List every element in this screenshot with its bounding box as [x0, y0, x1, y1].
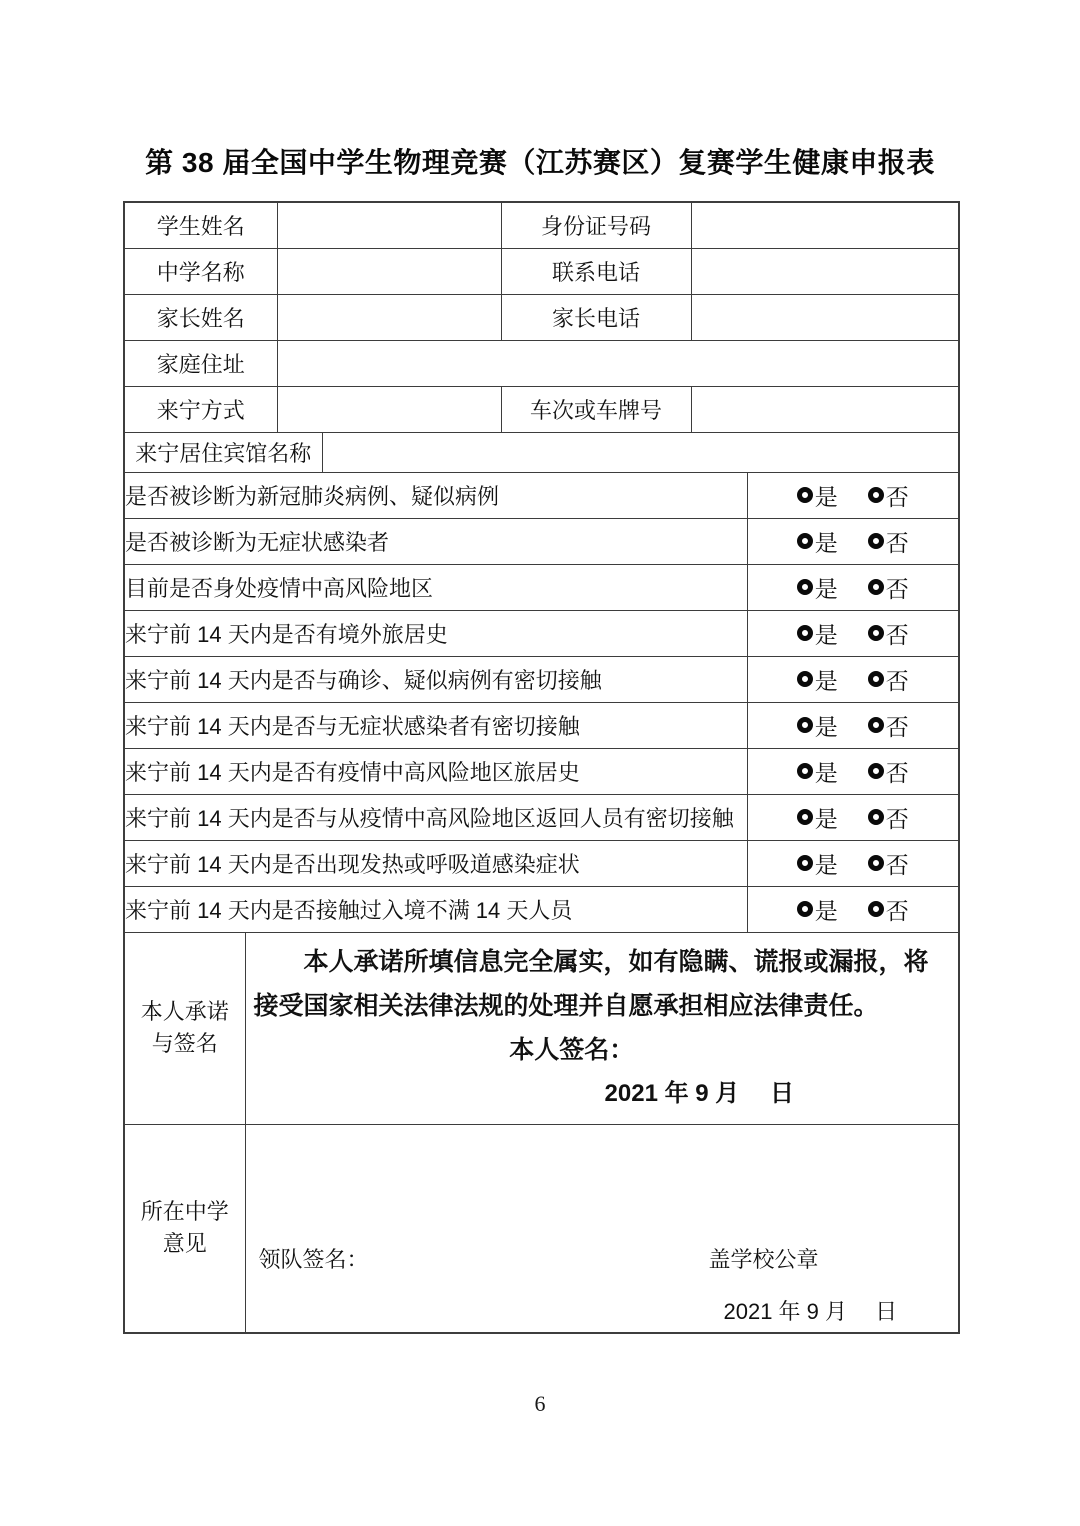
question-row: 来宁前 14 天内是否接触过入境不满 14 天人员 是 否 — [124, 886, 959, 932]
school-opinion-row: 所在中学 意见 领队签名： 盖学校公章 2021 年 9 月 日 — [124, 1124, 959, 1333]
field-label-student-name: 学生姓名 — [124, 202, 277, 248]
answer-cell: 是 否 — [747, 610, 959, 656]
question-text: 来宁前 14 天内是否与确诊、疑似病例有密切接触 — [124, 656, 747, 702]
question-text: 是否被诊断为新冠肺炎病例、疑似病例 — [124, 472, 747, 518]
radio-icon — [797, 809, 813, 825]
option-yes-label: 是 — [815, 663, 838, 696]
option-yes: 是 — [797, 479, 838, 512]
question-row: 来宁前 14 天内是否与确诊、疑似病例有密切接触 是 否 — [124, 656, 959, 702]
option-no: 否 — [868, 801, 909, 834]
school-seal-label: 盖学校公章 — [709, 1243, 819, 1274]
table-row: 中学名称 联系电话 — [124, 248, 959, 294]
question-row: 是否被诊断为无症状感染者 是 否 — [124, 518, 959, 564]
option-yes: 是 — [797, 571, 838, 604]
option-no: 否 — [868, 571, 909, 604]
field-label-contact-phone: 联系电话 — [501, 248, 691, 294]
radio-icon — [868, 671, 884, 687]
option-no: 否 — [868, 755, 909, 788]
question-row: 来宁前 14 天内是否有疫情中高风险地区旅居史 是 否 — [124, 748, 959, 794]
document-page: 第 38 届全国中学生物理竞赛（江苏赛区）复赛学生健康申报表 学生姓名 身份证号… — [0, 0, 1080, 1526]
question-row: 是否被诊断为新冠肺炎病例、疑似病例 是 否 — [124, 472, 959, 518]
table-row: 来宁方式 车次或车牌号 — [124, 386, 959, 432]
field-value-train-or-plate — [691, 386, 959, 432]
field-value-contact-phone — [691, 248, 959, 294]
field-value-school-name — [277, 248, 501, 294]
page-number: 6 — [0, 1391, 1080, 1417]
answer-cell: 是 否 — [747, 886, 959, 932]
option-yes-label: 是 — [815, 617, 838, 650]
field-label-home-address: 家庭住址 — [124, 340, 277, 386]
question-row: 来宁前 14 天内是否与无症状感染者有密切接触 是 否 — [124, 702, 959, 748]
option-no-label: 否 — [886, 479, 909, 512]
option-no-label: 否 — [886, 893, 909, 926]
option-no-label: 否 — [886, 755, 909, 788]
question-text: 目前是否身处疫情中高风险地区 — [124, 564, 747, 610]
question-text: 来宁前 14 天内是否与从疫情中高风险地区返回人员有密切接触 — [124, 794, 747, 840]
radio-icon — [797, 717, 813, 733]
option-yes: 是 — [797, 525, 838, 558]
health-declaration-table: 学生姓名 身份证号码 中学名称 联系电话 家长姓名 家长电话 家庭住址 — [123, 201, 960, 1334]
option-yes-label: 是 — [815, 847, 838, 880]
option-yes-label: 是 — [815, 525, 838, 558]
option-yes-label: 是 — [815, 571, 838, 604]
option-no-label: 否 — [886, 847, 909, 880]
table-row: 家庭住址 — [124, 340, 959, 386]
answer-cell: 是 否 — [747, 702, 959, 748]
radio-icon — [868, 533, 884, 549]
answer-cell: 是 否 — [747, 518, 959, 564]
table-row: 学生姓名 身份证号码 — [124, 202, 959, 248]
radio-icon — [797, 533, 813, 549]
table-row: 来宁居住宾馆名称 — [124, 432, 959, 472]
option-no: 否 — [868, 525, 909, 558]
field-label-hotel-name: 来宁居住宾馆名称 — [124, 432, 322, 472]
question-row: 来宁前 14 天内是否与从疫情中高风险地区返回人员有密切接触 是 否 — [124, 794, 959, 840]
answer-cell: 是 否 — [747, 656, 959, 702]
question-text: 来宁前 14 天内是否出现发热或呼吸道感染症状 — [124, 840, 747, 886]
question-text: 来宁前 14 天内是否与无症状感染者有密切接触 — [124, 702, 747, 748]
option-yes: 是 — [797, 847, 838, 880]
question-row: 来宁前 14 天内是否有境外旅居史 是 否 — [124, 610, 959, 656]
field-value-arrival-method — [277, 386, 501, 432]
radio-icon — [868, 625, 884, 641]
school-section-label: 所在中学 意见 — [124, 1124, 245, 1333]
field-value-hotel-name — [322, 432, 959, 472]
field-value-home-address — [277, 340, 959, 386]
field-label-school-name: 中学名称 — [124, 248, 277, 294]
radio-icon — [868, 855, 884, 871]
question-text: 是否被诊断为无症状感染者 — [124, 518, 747, 564]
radio-icon — [868, 487, 884, 503]
radio-icon — [797, 487, 813, 503]
pledge-section-label: 本人承诺 与签名 — [124, 932, 245, 1124]
option-no-label: 否 — [886, 663, 909, 696]
field-value-parent-phone — [691, 294, 959, 340]
option-no-label: 否 — [886, 709, 909, 742]
radio-icon — [797, 625, 813, 641]
option-yes: 是 — [797, 617, 838, 650]
school-content: 领队签名： 盖学校公章 2021 年 9 月 日 — [245, 1124, 959, 1333]
radio-icon — [868, 717, 884, 733]
option-yes-label: 是 — [815, 893, 838, 926]
option-yes-label: 是 — [815, 801, 838, 834]
table-row: 家长姓名 家长电话 — [124, 294, 959, 340]
option-no-label: 否 — [886, 617, 909, 650]
option-yes: 是 — [797, 801, 838, 834]
radio-icon — [797, 901, 813, 917]
option-no: 否 — [868, 893, 909, 926]
option-no-label: 否 — [886, 525, 909, 558]
field-label-train-or-plate: 车次或车牌号 — [501, 386, 691, 432]
option-no-label: 否 — [886, 801, 909, 834]
signature-label: 本人签名： — [246, 1028, 959, 1072]
option-yes-label: 是 — [815, 709, 838, 742]
answer-cell: 是 否 — [747, 794, 959, 840]
question-row: 目前是否身处疫情中高风险地区 是 否 — [124, 564, 959, 610]
question-text: 来宁前 14 天内是否有疫情中高风险地区旅居史 — [124, 748, 747, 794]
option-no: 否 — [868, 709, 909, 742]
leader-signature-label: 领队签名： — [259, 1243, 369, 1274]
page-title: 第 38 届全国中学生物理竞赛（江苏赛区）复赛学生健康申报表 — [0, 141, 1080, 181]
radio-icon — [797, 763, 813, 779]
option-yes: 是 — [797, 709, 838, 742]
pledge-label-line1: 本人承诺 — [125, 996, 245, 1028]
school-date: 2021 年 9 月 日 — [724, 1295, 898, 1326]
field-label-arrival-method: 来宁方式 — [124, 386, 277, 432]
radio-icon — [797, 579, 813, 595]
radio-icon — [868, 901, 884, 917]
option-no-label: 否 — [886, 571, 909, 604]
option-yes: 是 — [797, 893, 838, 926]
option-yes: 是 — [797, 755, 838, 788]
school-label-line1: 所在中学 — [125, 1196, 245, 1228]
pledge-label-line2: 与签名 — [125, 1028, 245, 1060]
option-no: 否 — [868, 617, 909, 650]
field-value-id-number — [691, 202, 959, 248]
radio-icon — [868, 579, 884, 595]
pledge-date: 2021 年 9 月 日 — [246, 1072, 959, 1116]
field-label-parent-name: 家长姓名 — [124, 294, 277, 340]
question-text: 来宁前 14 天内是否接触过入境不满 14 天人员 — [124, 886, 747, 932]
pledge-row: 本人承诺 与签名 本人承诺所填信息完全属实，如有隐瞒、谎报或漏报，将 接受国家相… — [124, 932, 959, 1124]
field-label-id-number: 身份证号码 — [501, 202, 691, 248]
field-value-parent-name — [277, 294, 501, 340]
option-yes-label: 是 — [815, 479, 838, 512]
option-no: 否 — [868, 663, 909, 696]
answer-cell: 是 否 — [747, 840, 959, 886]
question-text: 来宁前 14 天内是否有境外旅居史 — [124, 610, 747, 656]
option-no: 否 — [868, 479, 909, 512]
option-yes: 是 — [797, 663, 838, 696]
option-no: 否 — [868, 847, 909, 880]
answer-cell: 是 否 — [747, 748, 959, 794]
field-label-parent-phone: 家长电话 — [501, 294, 691, 340]
answer-cell: 是 否 — [747, 564, 959, 610]
field-value-student-name — [277, 202, 501, 248]
radio-icon — [868, 763, 884, 779]
option-yes-label: 是 — [815, 755, 838, 788]
pledge-content: 本人承诺所填信息完全属实，如有隐瞒、谎报或漏报，将 接受国家相关法律法规的处理并… — [245, 932, 959, 1124]
pledge-text-line2: 接受国家相关法律法规的处理并自愿承担相应法律责任。 — [246, 984, 959, 1028]
answer-cell: 是 否 — [747, 472, 959, 518]
radio-icon — [868, 809, 884, 825]
question-row: 来宁前 14 天内是否出现发热或呼吸道感染症状 是 否 — [124, 840, 959, 886]
radio-icon — [797, 855, 813, 871]
radio-icon — [797, 671, 813, 687]
school-label-line2: 意见 — [125, 1228, 245, 1260]
pledge-text-line1: 本人承诺所填信息完全属实，如有隐瞒、谎报或漏报，将 — [246, 940, 959, 984]
